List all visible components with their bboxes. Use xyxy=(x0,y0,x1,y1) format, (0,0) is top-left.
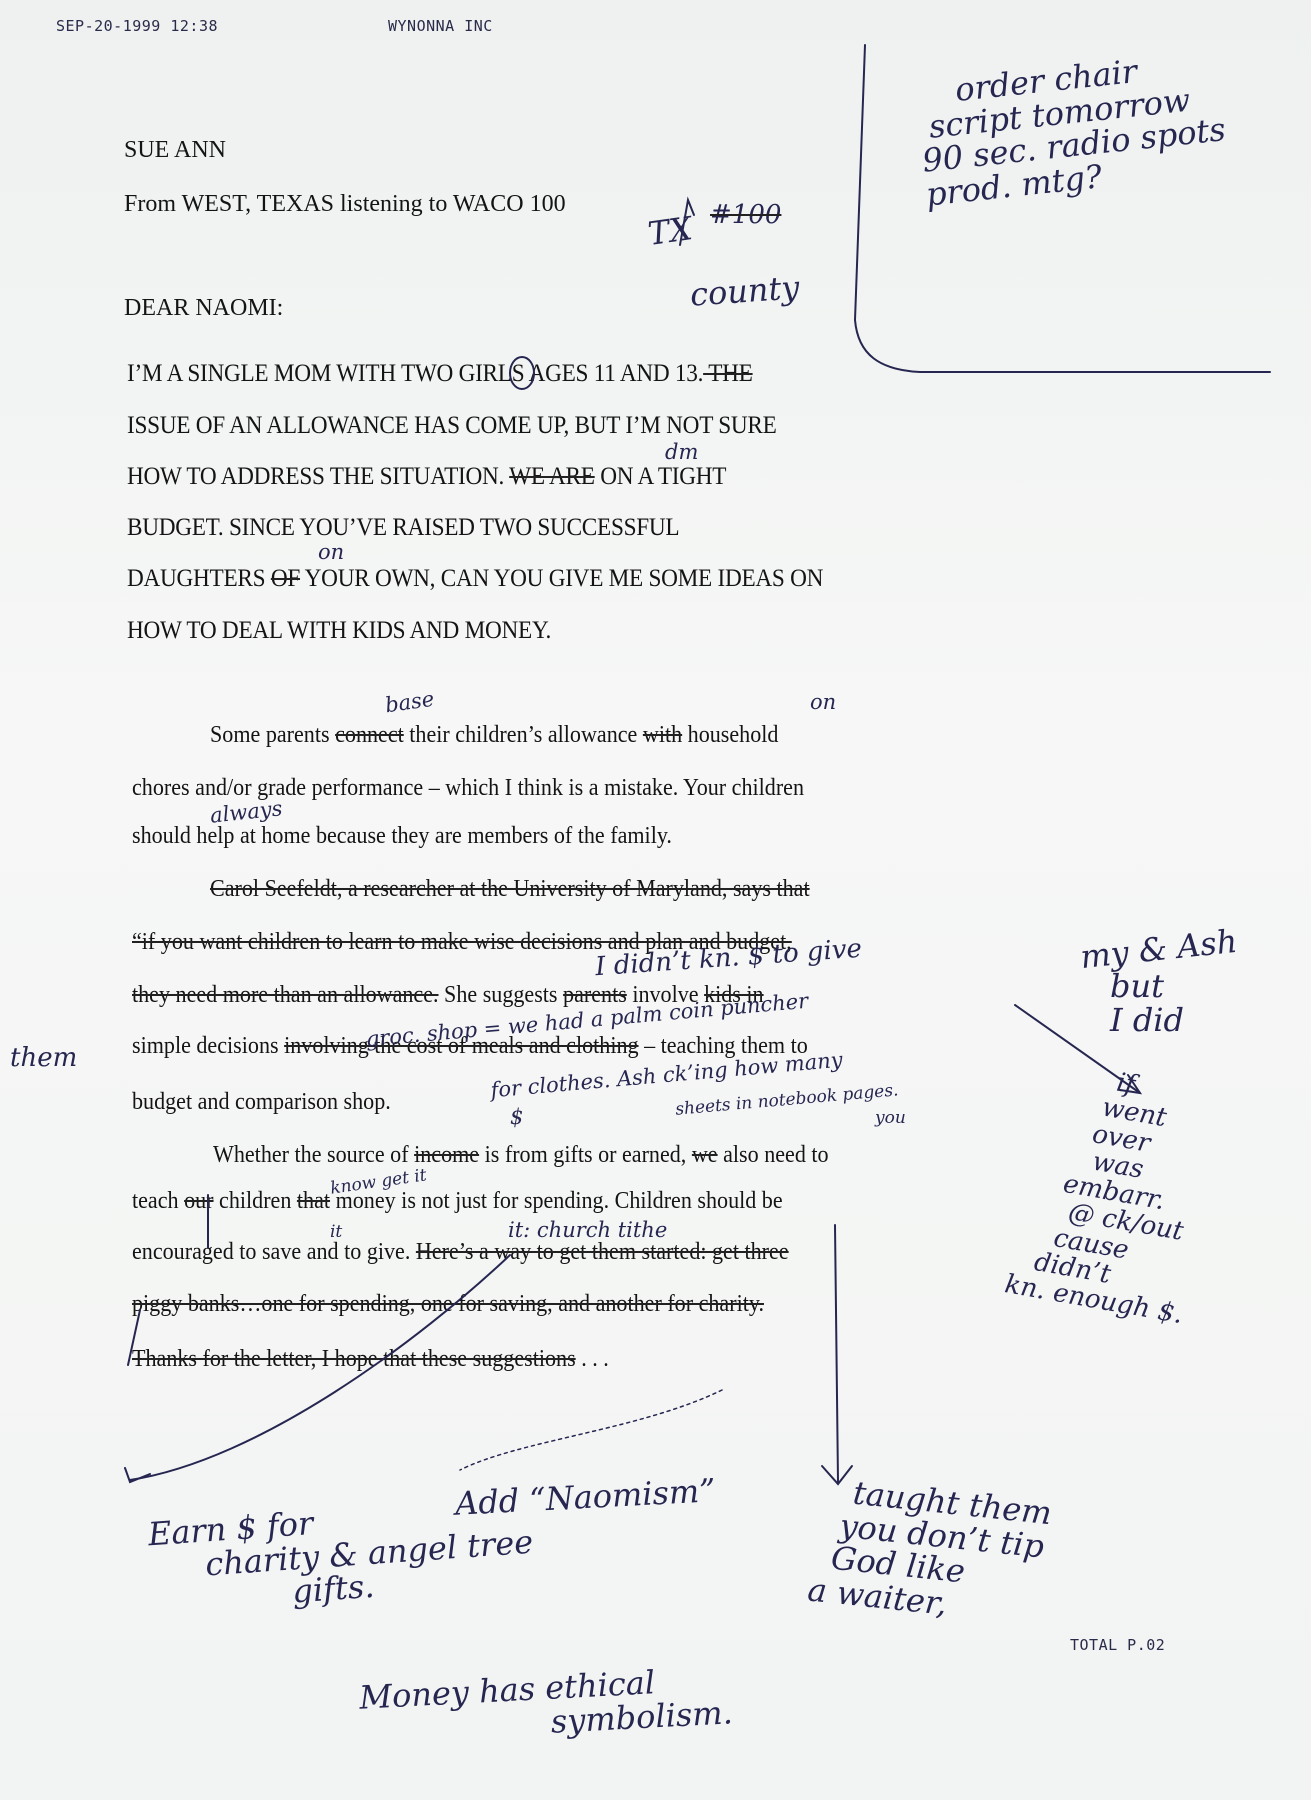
church-tithe-note: it: church tithe xyxy=(508,1218,667,1242)
todo-list-note: order chair script tomorrow 90 sec. radi… xyxy=(914,46,1231,211)
on-daughters-note: on xyxy=(318,540,344,564)
you-note: you xyxy=(875,1108,906,1128)
hash-100-note: #100 xyxy=(710,200,781,230)
letter-name: SUE ANN xyxy=(124,137,226,164)
response-p3-line-4: piggy banks…one for spending, one for sa… xyxy=(132,1291,764,1318)
money-ethics-note: Money has ethical symbolism. xyxy=(358,1662,733,1749)
on-with-note: on xyxy=(810,690,836,714)
question-line-4: BUDGET. SINCE YOU’VE RAISED TWO SUCCESSF… xyxy=(127,514,679,542)
question-line-2: ISSUE OF AN ALLOWANCE HAS COME UP, BUT I… xyxy=(127,412,777,440)
base-note: base xyxy=(384,687,436,718)
response-p3-line-1: Whether the source of income is from gif… xyxy=(213,1142,829,1169)
county-note: county xyxy=(689,268,801,314)
them-margin-note: them xyxy=(10,1043,77,1073)
fax-sender: WYNONNA INC xyxy=(388,17,493,35)
response-p2-line-1: Carol Seefeldt, a researcher at the Univ… xyxy=(210,876,810,903)
dollar-note: $ xyxy=(510,1105,523,1129)
dm-note: dm xyxy=(665,440,698,464)
earn-note: Earn $ for charity & angel tree gifts. xyxy=(147,1492,537,1619)
tx-note: TX xyxy=(646,209,695,253)
it-note: it xyxy=(330,1222,342,1242)
question-line-3: HOW TO ADDRESS THE SITUATION. WE ARE ON … xyxy=(127,463,726,491)
fax-datetime: SEP-20-1999 12:38 xyxy=(56,17,218,35)
fax-footer: TOTAL P.02 xyxy=(1070,1636,1165,1654)
response-p1-line-1: Some parents connect their children’s al… xyxy=(210,722,778,749)
response-p3-line-5: Thanks for the letter, I hope that these… xyxy=(132,1346,609,1373)
question-line-1: I’M A SINGLE MOM WITH TWO GIRLS AGES 11 … xyxy=(127,360,753,388)
question-line-5: DAUGHTERS OF YOUR OWN, CAN YOU GIVE ME S… xyxy=(127,565,823,593)
but-i-did-note: but I did xyxy=(1110,970,1184,1037)
response-p3-line-2: teach our children that money is not jus… xyxy=(132,1188,783,1215)
question-line-6: HOW TO DEAL WITH KIDS AND MONEY. xyxy=(127,617,551,645)
response-p3-line-3: encouraged to save and to give. Here’s a… xyxy=(132,1239,789,1266)
fax-page: SEP-20-1999 12:38 WYNONNA INC SUE ANN Fr… xyxy=(0,0,1311,1800)
taught-them-note: taught them you don’t tip God like a wai… xyxy=(826,1475,1053,1631)
response-p2-line-5: budget and comparison shop. xyxy=(132,1089,391,1116)
sheets-note: sheets in notebook pages. xyxy=(675,1080,900,1119)
letter-location: From WEST, TEXAS listening to WACO 100 xyxy=(124,191,566,218)
response-p1-line-2: chores and/or grade performance – which … xyxy=(132,775,804,802)
letter-salutation: DEAR NAOMI: xyxy=(124,295,283,322)
arrow-to-taught-note xyxy=(835,1225,838,1482)
if-went-over-note: if went over was embarr. @ ck/out cause … xyxy=(1022,1060,1222,1330)
